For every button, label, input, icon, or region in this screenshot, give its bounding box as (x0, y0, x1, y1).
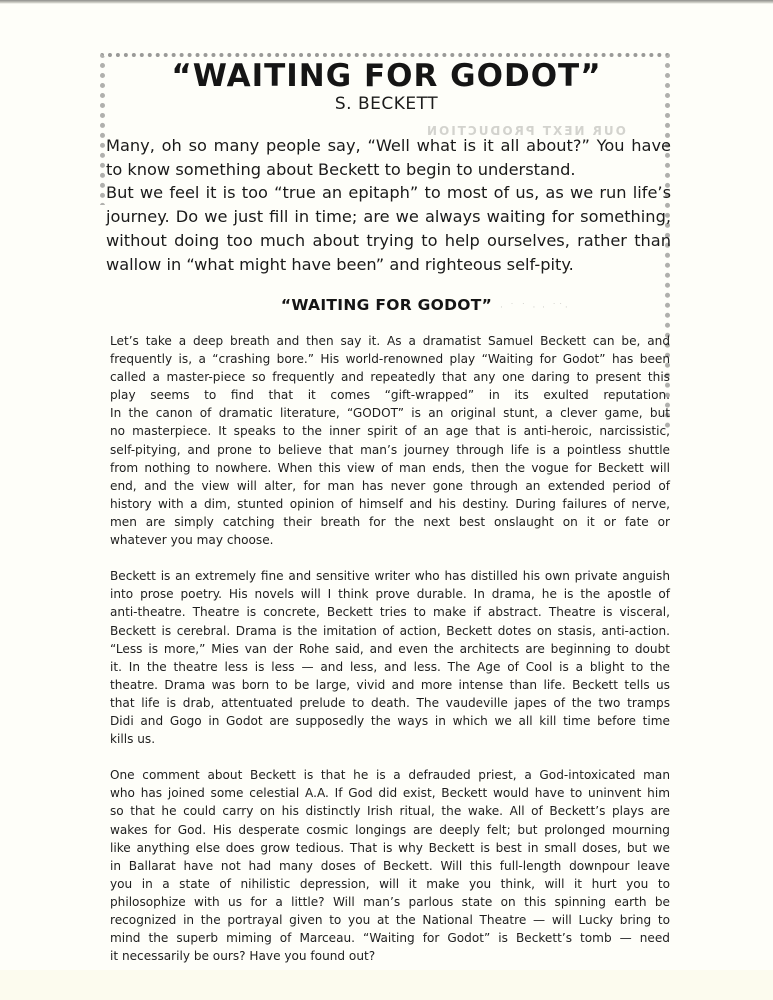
text-line: from nothing to nowhere. When this view … (110, 459, 670, 477)
text-line: so that he could carry on his distinctly… (110, 802, 670, 820)
text-line: Let’s take a deep breath and then say it… (110, 332, 670, 350)
text-line: “Less is more,” Mies van der Rohe said, … (110, 640, 670, 658)
intro-paragraph: But we feel it is too “true an epitaph” … (106, 181, 671, 276)
text-line: called a master-piece so frequently and … (110, 368, 670, 386)
article-paragraph: One comment about Beckett is that he is … (110, 766, 670, 965)
text-line: play seems to find that it comes “gift-w… (110, 386, 670, 404)
bleed-through-speck: · ˙ ˙ · · ˙˙· (500, 303, 570, 313)
text-line: recognized in the portrayal given to you… (110, 911, 670, 929)
text-line: that life is drab, attentuated prelude t… (110, 694, 670, 712)
text-line: it. In the theatre less is less — and le… (110, 658, 670, 676)
text-line: in Ballarat have not had many doses of B… (110, 857, 670, 875)
text-line: kills us. (110, 730, 670, 748)
text-line: mind the superb miming of Marceau. “Wait… (110, 929, 670, 947)
text-line: it necessarily be ours? Have you found o… (110, 947, 670, 965)
text-line: wakes for God. His desperate cosmic long… (110, 821, 670, 839)
article-paragraph: Let’s take a deep breath and then say it… (110, 332, 670, 549)
text-line: philosophize with us for a little? Will … (110, 893, 670, 911)
text-line: Beckett is cerebral. Drama is the imitat… (110, 622, 670, 640)
text-line: men are simply catching their breath for… (110, 513, 670, 531)
text-line: like anything else does grow tedious. Th… (110, 839, 670, 857)
text-line: into prose poetry. His novels will I thi… (110, 585, 670, 603)
text-line: frequently is, a “crashing bore.” His wo… (110, 350, 670, 368)
text-line: who has joined some celestial A.A. If Go… (110, 784, 670, 802)
scan-top-edge (0, 0, 773, 4)
text-line: In the canon of dramatic literature, “GO… (110, 404, 670, 422)
text-line: Beckett is an extremely fine and sensiti… (110, 567, 670, 585)
text-line: anti-theatre. Theatre is concrete, Becke… (110, 603, 670, 621)
text-line: you in a state of nihilistic depression,… (110, 875, 670, 893)
section-heading: “WAITING FOR GODOT” (0, 296, 773, 314)
intro-paragraph: Many, oh so many people say, “Well what … (106, 134, 671, 181)
page-title: “WAITING FOR GODOT” (0, 58, 773, 94)
page-title-text: “WAITING FOR GODOT” (167, 58, 605, 94)
text-line: no masterpiece. It speaks to the inner s… (110, 422, 670, 440)
article-paragraph: Beckett is an extremely fine and sensiti… (110, 567, 670, 748)
article-body: Let’s take a deep breath and then say it… (110, 332, 670, 983)
text-line: Didi and Gogo in Godot are supposedly th… (110, 712, 670, 730)
text-line: One comment about Beckett is that he is … (110, 766, 670, 784)
text-line: end, and the view will alter, for man ha… (110, 477, 670, 495)
text-line: history with a dim, stunted opinion of h… (110, 495, 670, 513)
intro-text: Many, oh so many people say, “Well what … (106, 134, 671, 276)
author-name: S. BECKETT (0, 94, 773, 114)
text-line: theatre. Drama was born to be large, viv… (110, 676, 670, 694)
text-line: self-pitying, and prone to believe that … (110, 441, 670, 459)
text-line: whatever you may choose. (110, 531, 670, 549)
